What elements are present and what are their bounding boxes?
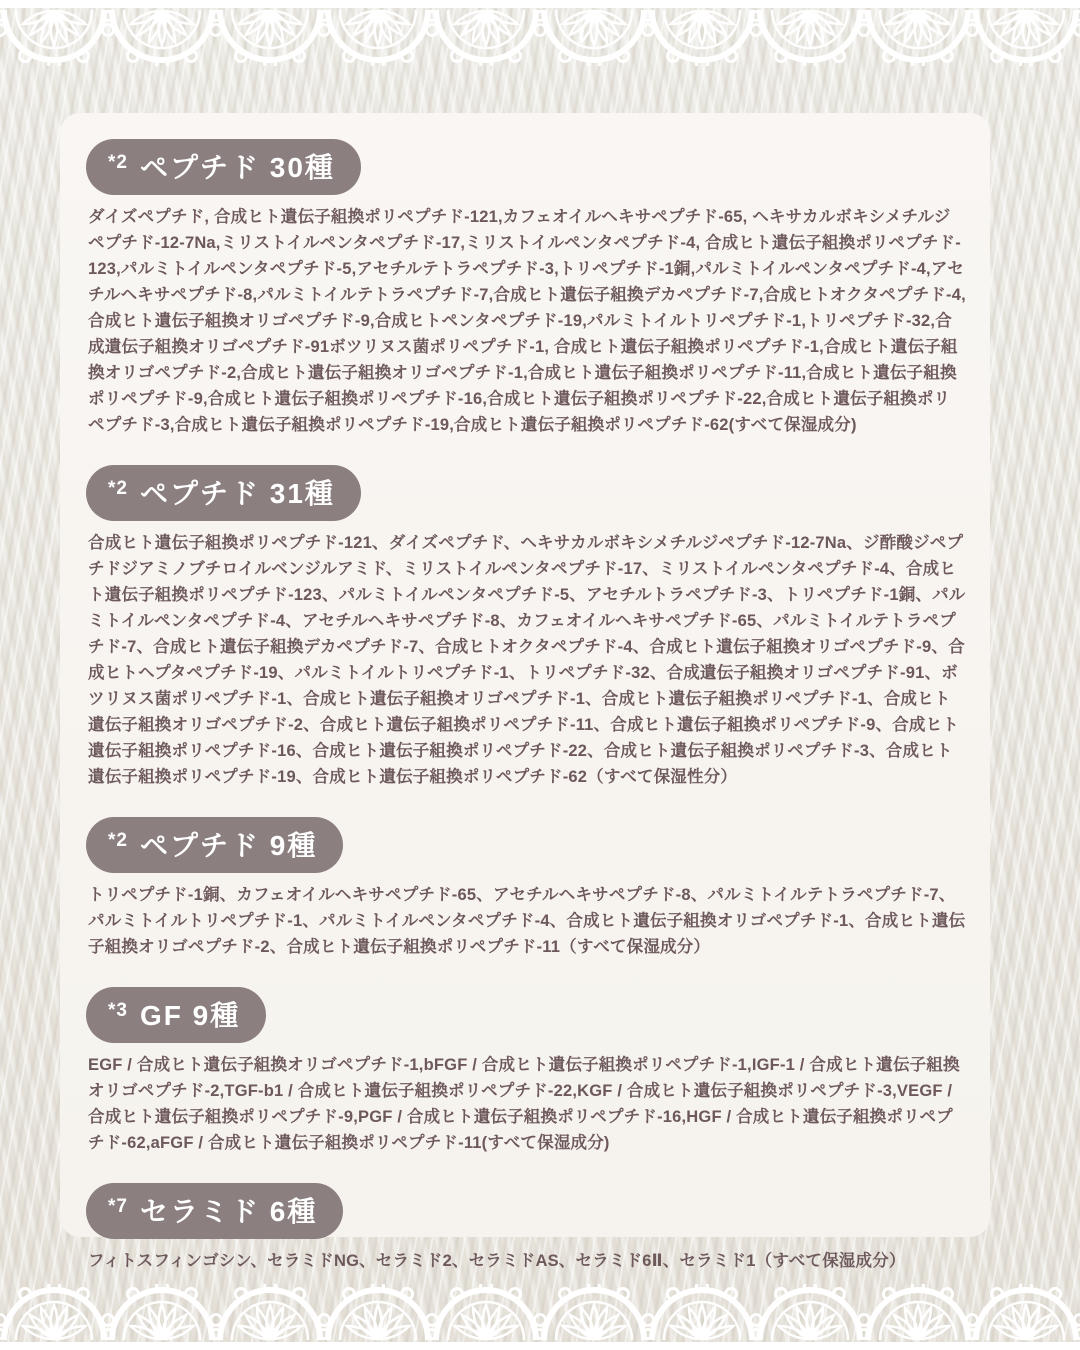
ingredient-card: *2 ペプチド 30種 ダイズペプチド, 合成ヒト遺伝子組換ポリペプチド-121…	[60, 113, 990, 1237]
footnote-marker: *2	[108, 478, 128, 500]
section-peptide-9: *2 ペプチド 9種 トリペプチド-1銅、カフェオイルヘキサペプチド-65、アセ…	[86, 817, 964, 960]
section-title: ペプチド 9種	[140, 824, 317, 864]
page: { "page": { "colors": { "bg": "#e8e4dd",…	[0, 0, 1080, 1350]
section-title: セラミド 6種	[140, 1190, 317, 1230]
ingredient-list: トリペプチド-1銅、カフェオイルヘキサペプチド-65、アセチルヘキサペプチド-8…	[88, 882, 966, 960]
section-badge: *3 GF 9種	[86, 987, 266, 1043]
ingredient-list: フィトスフィンゴシン、セラミドNG、セラミド2、セラミドAS、セラミド6Ⅱ、セラ…	[88, 1248, 966, 1274]
lace-border-top	[0, 0, 1080, 66]
footnote-marker: *3	[108, 1000, 128, 1022]
section-title: ペプチド 31種	[140, 472, 335, 512]
section-peptide-31: *2 ペプチド 31種 合成ヒト遺伝子組換ポリペプチド-121、ダイズペプチド、…	[86, 465, 964, 790]
lace-border-bottom	[0, 1284, 1080, 1350]
ingredient-list: ダイズペプチド, 合成ヒト遺伝子組換ポリペプチド-121,カフェオイルヘキサペプ…	[88, 204, 966, 438]
section-peptide-30: *2 ペプチド 30種 ダイズペプチド, 合成ヒト遺伝子組換ポリペプチド-121…	[86, 139, 964, 438]
section-gf-9: *3 GF 9種 EGF / 合成ヒト遺伝子組換オリゴペプチド-1,bFGF /…	[86, 987, 964, 1156]
section-ceramide-6: *7 セラミド 6種 フィトスフィンゴシン、セラミドNG、セラミド2、セラミドA…	[86, 1183, 964, 1274]
footnote-marker: *2	[108, 152, 128, 174]
section-badge: *7 セラミド 6種	[86, 1183, 343, 1239]
ingredient-list: EGF / 合成ヒト遺伝子組換オリゴペプチド-1,bFGF / 合成ヒト遺伝子組…	[88, 1052, 966, 1156]
section-badge: *2 ペプチド 31種	[86, 465, 361, 521]
ingredient-list: 合成ヒト遺伝子組換ポリペプチド-121、ダイズペプチド、ヘキサカルボキシメチルジ…	[88, 530, 966, 790]
footnote-marker: *2	[108, 830, 128, 852]
section-badge: *2 ペプチド 9種	[86, 817, 343, 873]
section-title: ペプチド 30種	[140, 146, 335, 186]
section-title: GF 9種	[140, 994, 240, 1034]
footnote-marker: *7	[108, 1196, 128, 1218]
section-badge: *2 ペプチド 30種	[86, 139, 361, 195]
